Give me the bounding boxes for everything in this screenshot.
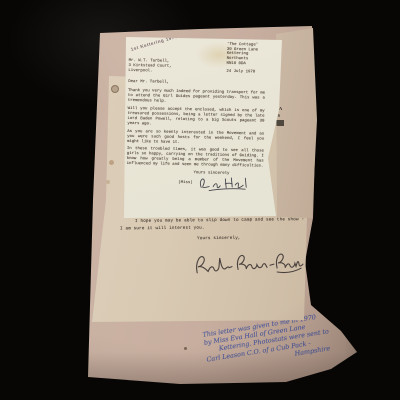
photo-stage: This letter was given to me in 1970 by M… <box>0 0 400 400</box>
bp-letter-line: I am sure it will interest you. <box>120 226 205 232</box>
letter-paragraph: In these troubled times, it was good to … <box>127 147 264 169</box>
recipient-address: Mr. W.T. Tarbell, 3 Kirkstead Court, Liv… <box>128 59 171 75</box>
letter-paragraph: Thank you very much indeed for providing… <box>128 89 265 106</box>
eva-letter-content: 1st Kettering 1970 'The Cottage' 30 Gree… <box>1 0 400 5</box>
letter-paragraph: As you are so keenly interested in the M… <box>127 130 264 147</box>
baden-powell-signature <box>192 241 306 292</box>
bp-letter-line: I hope you may be able to slip down to c… <box>135 217 304 224</box>
letterhead-line: NN16 0DA <box>227 62 258 67</box>
programme-ink-block <box>276 120 284 126</box>
letter-paragraph: Will you please accept the enclosed, whi… <box>127 107 264 129</box>
signed-prefix: (Miss) <box>178 181 192 185</box>
recipient-line: Liverpool. <box>128 69 171 75</box>
letter-date: 24 July 1970 <box>226 70 255 75</box>
stain-spot <box>106 180 110 184</box>
eva-hall-signature <box>195 174 249 200</box>
stain-spot <box>109 160 114 165</box>
bp-letter-closing: Yours sincerely, <box>197 236 241 241</box>
stain-speck <box>184 347 187 350</box>
salutation: Dear Mr. Tarbell, <box>128 80 169 85</box>
letterhead-address: 'The Cottage' 30 Green Lane Kettering No… <box>227 43 259 67</box>
punch-hole <box>111 85 119 93</box>
